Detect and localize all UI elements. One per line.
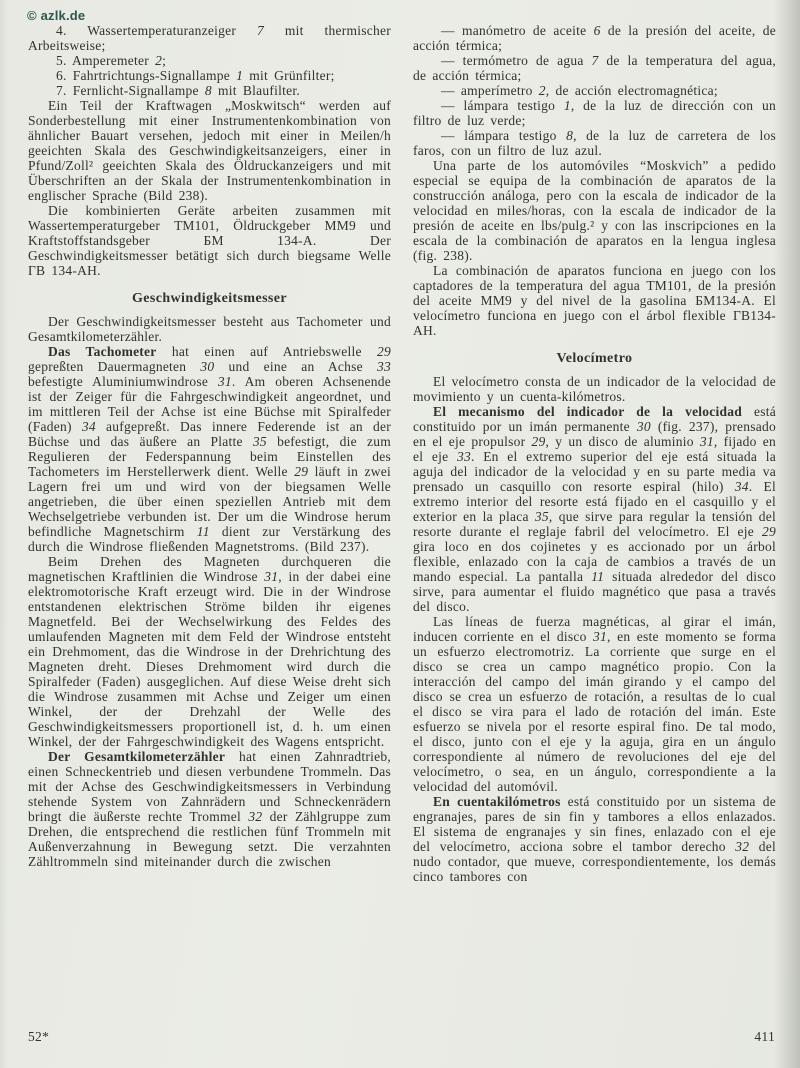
list-item: — lámpara testigo 8, de la luz de carret… — [413, 128, 776, 158]
italic-run: 33 — [377, 359, 391, 374]
italic-run: 7 — [257, 23, 264, 38]
bold-run: Der Gesamtkilometerzähler — [48, 749, 225, 764]
page-footer: 52* 411 — [28, 1029, 775, 1045]
list-item: 5. Amperemeter 2; — [28, 53, 391, 68]
italic-run: 35 — [535, 509, 549, 524]
italic-run: 30 — [200, 359, 214, 374]
italic-run: 7 — [592, 53, 599, 68]
section-heading: Velocímetro — [413, 351, 776, 366]
scan-edge-shadow-right — [774, 0, 800, 1068]
bold-run: El mecanismo del indicador de la velocid… — [433, 404, 742, 419]
bold-run: Das Tachometer — [48, 344, 157, 359]
italic-run: 11 — [591, 569, 604, 584]
scan-edge-shadow-left — [0, 0, 8, 1068]
italic-run: 1 — [236, 68, 243, 83]
paragraph: Beim Drehen des Magneten durchqueren die… — [28, 554, 391, 749]
italic-run: 32 — [248, 809, 262, 824]
printer-signature: 52* — [28, 1029, 49, 1045]
italic-run: 6 — [594, 23, 601, 38]
italic-run: 34 — [82, 419, 96, 434]
italic-run: 31 — [218, 374, 232, 389]
paragraph: Der Gesamtkilometerzähler hat einen Zahn… — [28, 749, 391, 869]
paragraph: El velocímetro consta de un indicador de… — [413, 374, 776, 404]
list-item: 6. Fahrtrichtungs-Signallampe 1 mit Grün… — [28, 68, 391, 83]
italic-run: 35 — [253, 434, 267, 449]
list-item: 7. Fernlicht-Signallampe 8 mit Blaufilte… — [28, 83, 391, 98]
paragraph: Una parte de los automóviles “Moskvich” … — [413, 158, 776, 263]
text-columns: 4. Wassertemperaturanzeiger 7 mit thermi… — [28, 23, 776, 884]
right-column-spanish: — manómetro de aceite 6 de la presión de… — [413, 23, 776, 884]
italic-run: 8 — [566, 128, 573, 143]
scanned-book-page: © azlk.de 4. Wassertemperaturanzeiger 7 … — [0, 0, 800, 1068]
italic-run: 34 — [735, 479, 749, 494]
paragraph: Las líneas de fuerza magnéticas, al gira… — [413, 614, 776, 794]
list-item: 4. Wassertemperaturanzeiger 7 mit thermi… — [28, 23, 391, 53]
bold-run: En cuentakilómetros — [433, 794, 561, 809]
paragraph: En cuentakilómetros está constituido por… — [413, 794, 776, 884]
italic-run: 2 — [539, 83, 546, 98]
watermark-text: © azlk.de — [27, 8, 85, 23]
paragraph: Das Tachometer hat einen auf Antriebswel… — [28, 344, 391, 554]
italic-run: 31 — [593, 629, 607, 644]
list-item: — lámpara testigo 1, de la luz de direcc… — [413, 98, 776, 128]
paragraph: Die kombinierten Geräte arbeiten zusamme… — [28, 203, 391, 278]
italic-run: 11 — [197, 524, 210, 539]
italic-run: 2 — [155, 53, 162, 68]
paragraph: Der Geschwindigkeitsmesser besteht aus T… — [28, 314, 391, 344]
italic-run: 1 — [564, 98, 571, 113]
paragraph: El mecanismo del indicador de la velocid… — [413, 404, 776, 614]
italic-run: 33 — [457, 449, 471, 464]
list-item: — termómetro de agua 7 de la temperatura… — [413, 53, 776, 83]
paragraph: Ein Teil der Kraftwagen „Moskwitsch“ wer… — [28, 98, 391, 203]
page-number: 411 — [754, 1029, 775, 1045]
list-item: — amperímetro 2, de acción electromagnét… — [413, 83, 776, 98]
left-column-german: 4. Wassertemperaturanzeiger 7 mit thermi… — [28, 23, 391, 884]
italic-run: 8 — [205, 83, 212, 98]
italic-run: 32 — [735, 839, 749, 854]
italic-run: 31 — [700, 434, 714, 449]
italic-run: 29 — [532, 434, 546, 449]
list-item: — manómetro de aceite 6 de la presión de… — [413, 23, 776, 53]
italic-run: 29 — [377, 344, 391, 359]
italic-run: 29 — [762, 524, 776, 539]
section-heading: Geschwindigkeitsmesser — [28, 291, 391, 306]
paragraph: La combinación de aparatos funciona en j… — [413, 263, 776, 338]
italic-run: 29 — [294, 464, 308, 479]
italic-run: 31 — [264, 569, 278, 584]
italic-run: 30 — [637, 419, 651, 434]
